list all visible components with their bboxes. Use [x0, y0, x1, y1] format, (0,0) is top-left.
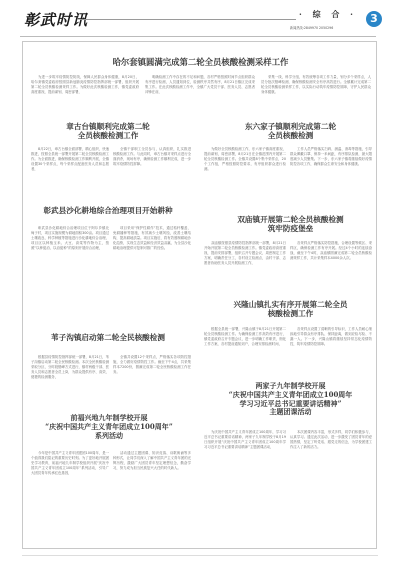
- page-number-badge: 3: [366, 11, 382, 27]
- article-headline: 兴隆山镇扎实有序开展第二轮全员 核酸检测工作: [203, 300, 378, 319]
- article-body: 全镇干部职工全员参与，认真组织，扎实推进核酸检测工作。与此同时，章古台镇对采样点…: [113, 147, 191, 193]
- article-body: 活动通过主题团课、知识竞赛、诗歌朗诵等多种形式，让同学们深入了解中国共产主义青年…: [113, 451, 191, 517]
- masthead: 彰武时讯 · 综 合 · 新闻热线:2849970 2050296 3: [0, 0, 400, 38]
- article-headline: 哈尔套镇圆满完成第二轮全员核酸检测采样工作: [23, 57, 378, 68]
- editor-line: 新闻热线:2849970 2050296: [290, 25, 333, 30]
- bottom-divider: [22, 555, 378, 556]
- article-body: 项目采用“保护性耕作”技术，通过秸秆覆盖、免耕播种等措施，有效减少土壤风蚀，改善…: [113, 226, 191, 321]
- article-headline: 东六家子镇顺利完成第二轮 全员核酸检测: [203, 122, 378, 141]
- article-body: 根据县疫情防控指挥部统一部署，8月21日，苇子沟镇启动第二轮全民核酸检测。本次全…: [31, 355, 109, 401]
- article-body: 全镇共设置12个采样点，严格落实各项防控措施，全力做好疫情防控工作。截至下午4点…: [113, 355, 191, 401]
- article-headline: 章古台镇顺利完成第二轮 全员核酸检测工作: [23, 122, 193, 141]
- article-body: 为做好全员核酸检测工作，东六家子镇高度重视，提前谋划，周密部署，8月21日在全镇…: [204, 147, 286, 203]
- article-body: 8月22日，章古台镇全面部署，精心组织，快速推进，按照全县统一部署开展第二轮全员…: [31, 147, 109, 193]
- article-body: 双庙镇按照县疫情防控指挥部统一部署，8月21日开始开展第二轮全员核酸检测工作。镇…: [204, 241, 286, 292]
- newspaper-page: 彰武时讯 · 综 合 · 新闻热线:2849970 2050296 3 哈尔套镇…: [0, 0, 400, 567]
- article-body: 根据全县统一部署，兴隆山镇于8月21日开展第二轮全员核酸检测工作。为确保检测工作…: [204, 327, 286, 368]
- article-headline: 两家子九年制学校开展 “庆祝中国共产主义青年团成立100周年 学习习近平总书记重…: [203, 382, 378, 417]
- article-body: 今年是中国共产主义青年团建团100周年，是一个值得我们铭记的重要历史时刻。为了更…: [31, 451, 109, 517]
- article-headline: 苇子沟镇启动第二轮全民核酸检测: [23, 333, 193, 342]
- article-headline: 双庙镇开展第二轮全员核酸检测 筑牢防疫堡垒: [203, 215, 378, 234]
- article-body: 为进一步筑牢疫情防控防线，保障人民群众身体健康，8月20日，哈尔套镇党委政府按照…: [31, 75, 139, 109]
- article-body: 彰武县沙化耕地综合治理项目位于阿尔乡镇北甸子村，项目实施规模为耕地面积300亩。…: [31, 226, 109, 321]
- article-body: 明确检测工作中存在的不足和问题，各村严格按照时间节点组织群众有序进行检测，人员通…: [145, 75, 255, 109]
- article-body: 采集一线，科学分组，有效统筹各项工作力量，划分多个采样点，人员分批次错峰检测，确…: [261, 75, 371, 109]
- article-body: 为庆祝中国共产主义青年团成立100周年，学习习近平总书记重要讲话精神，两家子九年…: [204, 430, 286, 506]
- article-headline: 前福兴地九年制学校开展 “庆祝中国共产主义青年团成立100周年” 系列活动: [23, 414, 195, 440]
- article-body: 各采样点设置了清晰的引导标识，工作人员耐心细致地引导群众有序排队、保持距离，做到…: [290, 327, 372, 368]
- article-body: 各采样点严格落实防控措施，合理设置等候区、采样区，确保检测工作有序开展。经过4个…: [290, 241, 372, 292]
- section-label: · 综 合 ·: [296, 9, 360, 20]
- article-headline: 彰武县沙化耕地综合治理项目开始耕种: [23, 206, 193, 215]
- top-divider: [20, 36, 376, 37]
- newspaper-logo: 彰武时讯: [24, 9, 88, 30]
- content-frame: 哈尔套镇圆满完成第二轮全员核酸检测采样工作 为进一步筑牢疫情防控防线，保障人民群…: [22, 41, 377, 549]
- article-body: 工作人员严格落实扫码、测温、消毒等措施，引导群众佩戴口罩、保持一米间距，有序排队…: [290, 147, 372, 203]
- article-body: 本次团课内容丰富，形式多样，同学们积极参与，认真学习。通过此次活动，进一步激发了…: [290, 430, 372, 506]
